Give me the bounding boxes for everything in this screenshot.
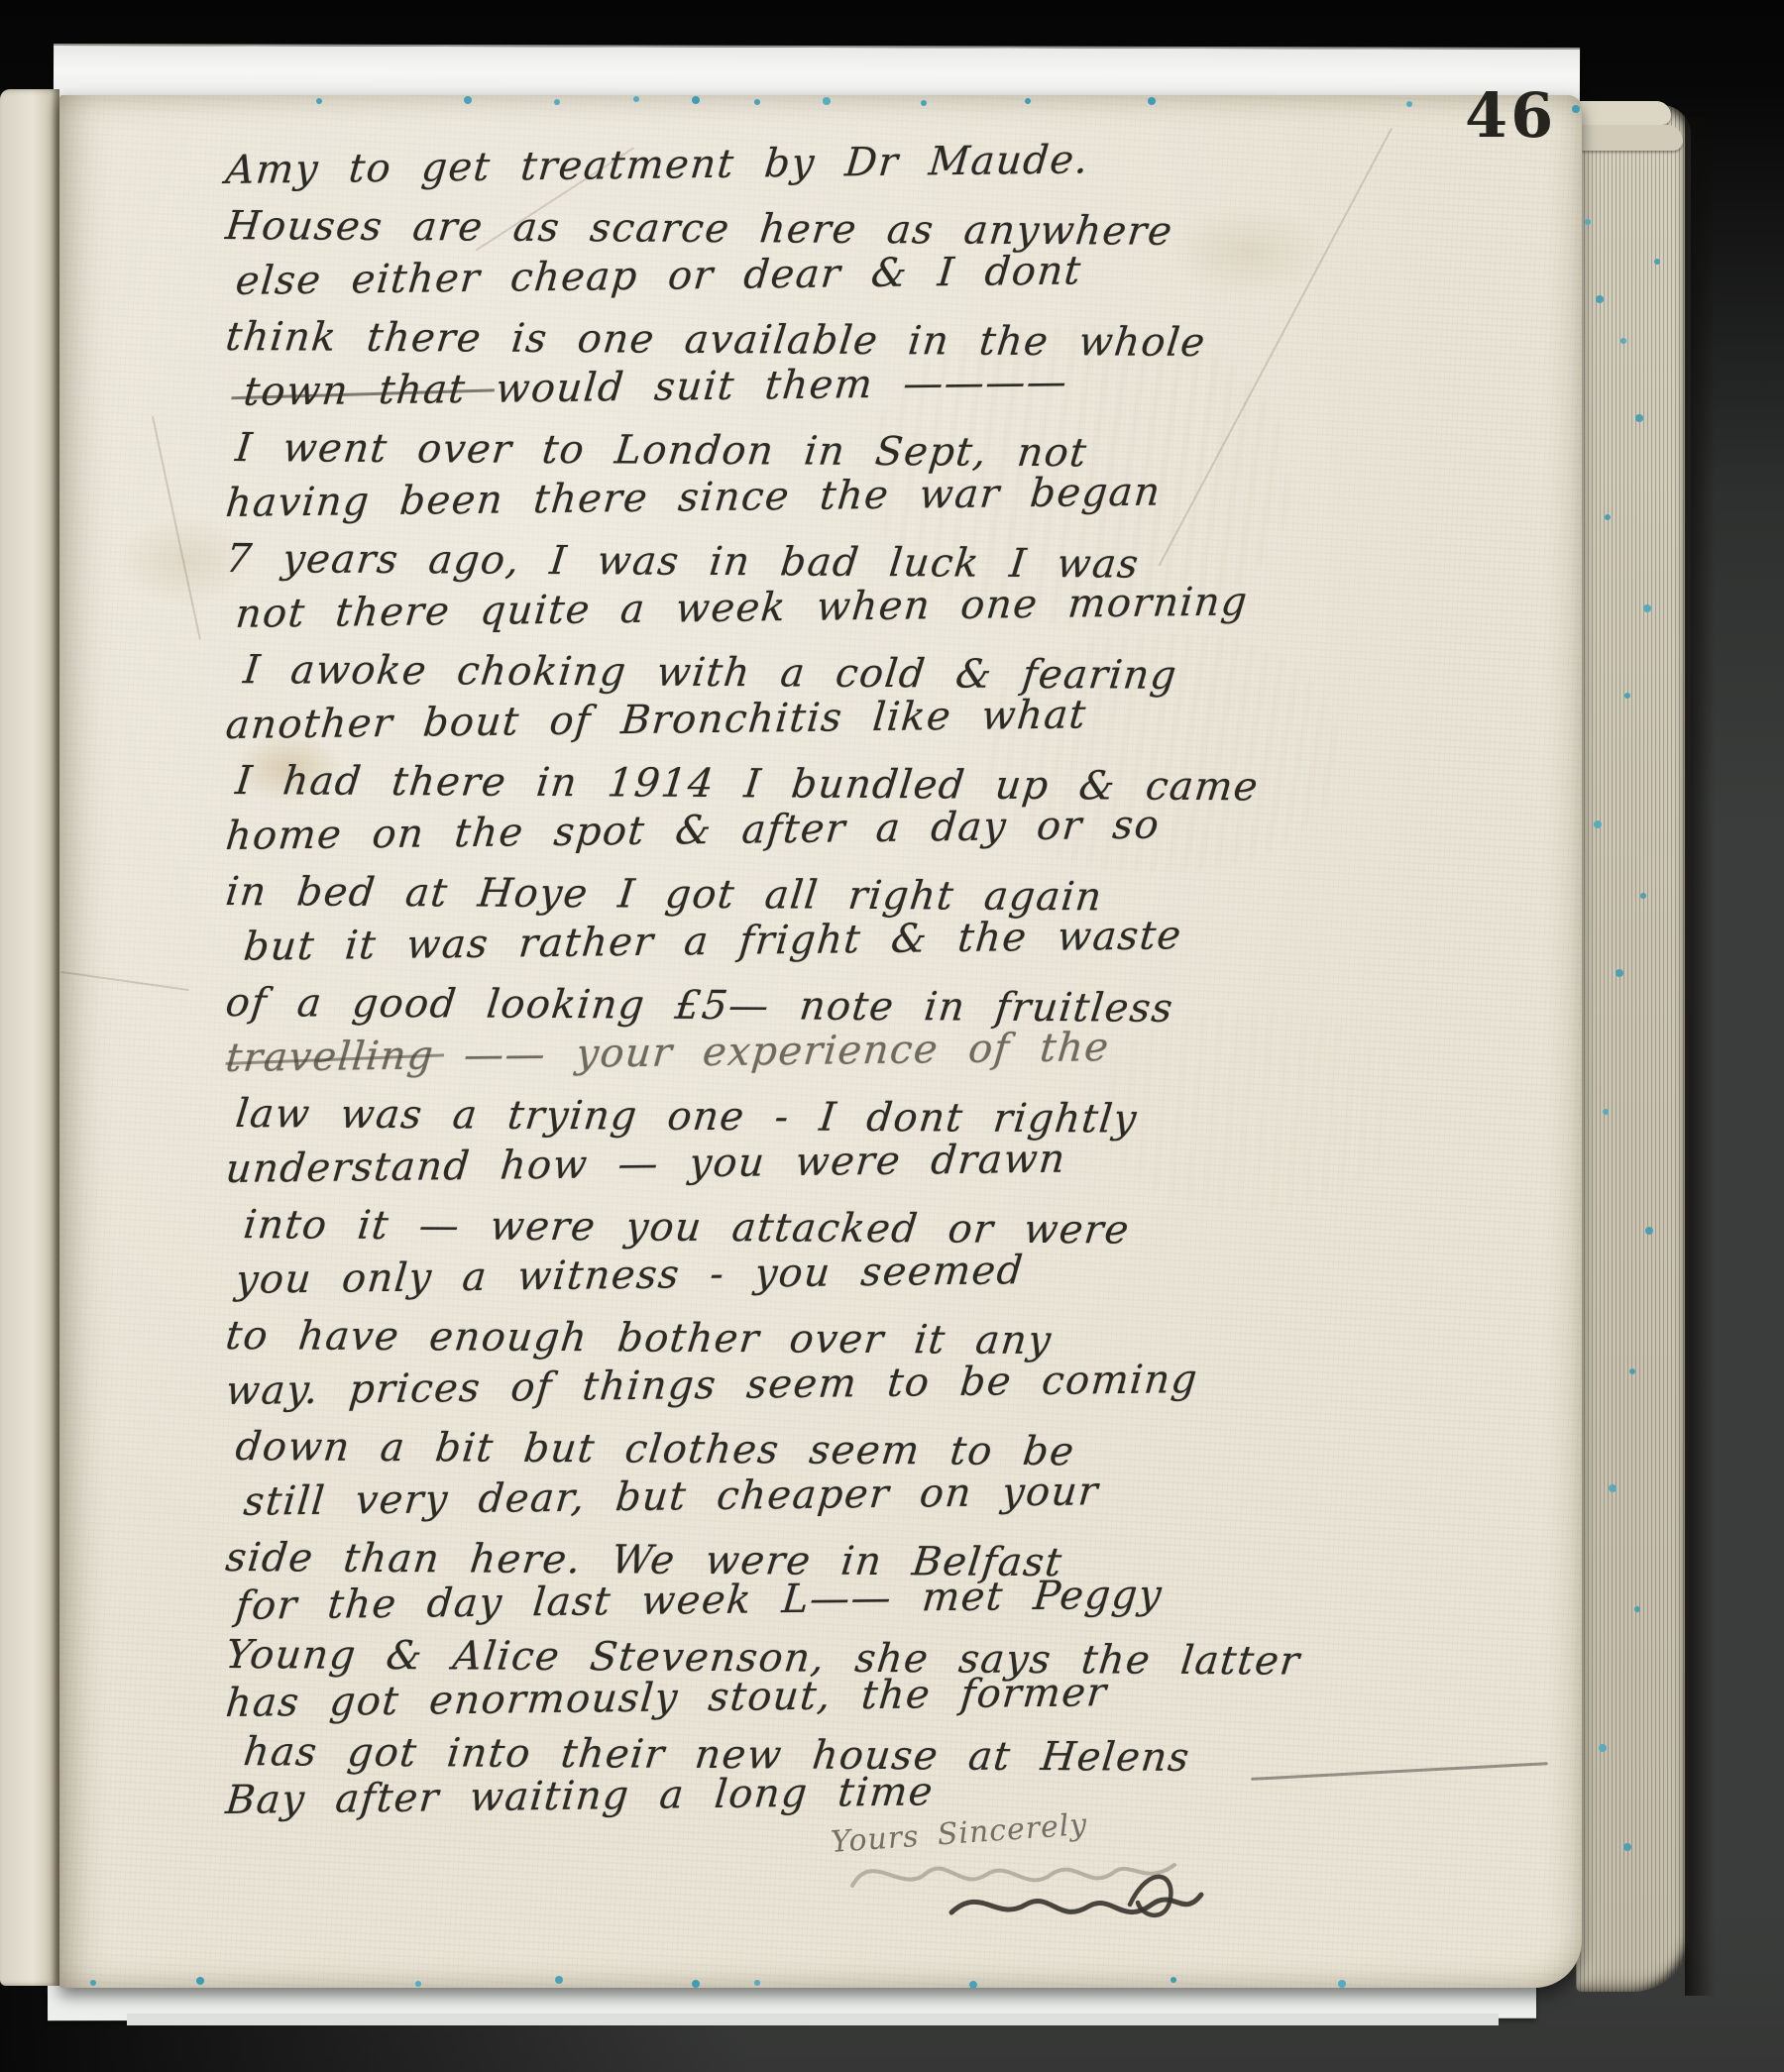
letter-body: Amy to get treatment by Dr Maude.Houses … (226, 143, 1405, 1828)
fore-edge-shadow (1685, 117, 1715, 1996)
page-edge-step (1582, 125, 1683, 151)
interleaf-bottom-edge-2 (127, 2014, 1499, 2025)
page-number: 46 (1465, 85, 1556, 147)
signature-scrawl (833, 1831, 1229, 1940)
blue-specks-fore-edge (0, 0, 4, 4)
manuscript-scan: 46 Amy to get treatment by Dr Maude.Hous… (0, 0, 1784, 2072)
facing-page-edge (0, 89, 59, 1986)
fore-edge-pages (1576, 105, 1691, 1992)
